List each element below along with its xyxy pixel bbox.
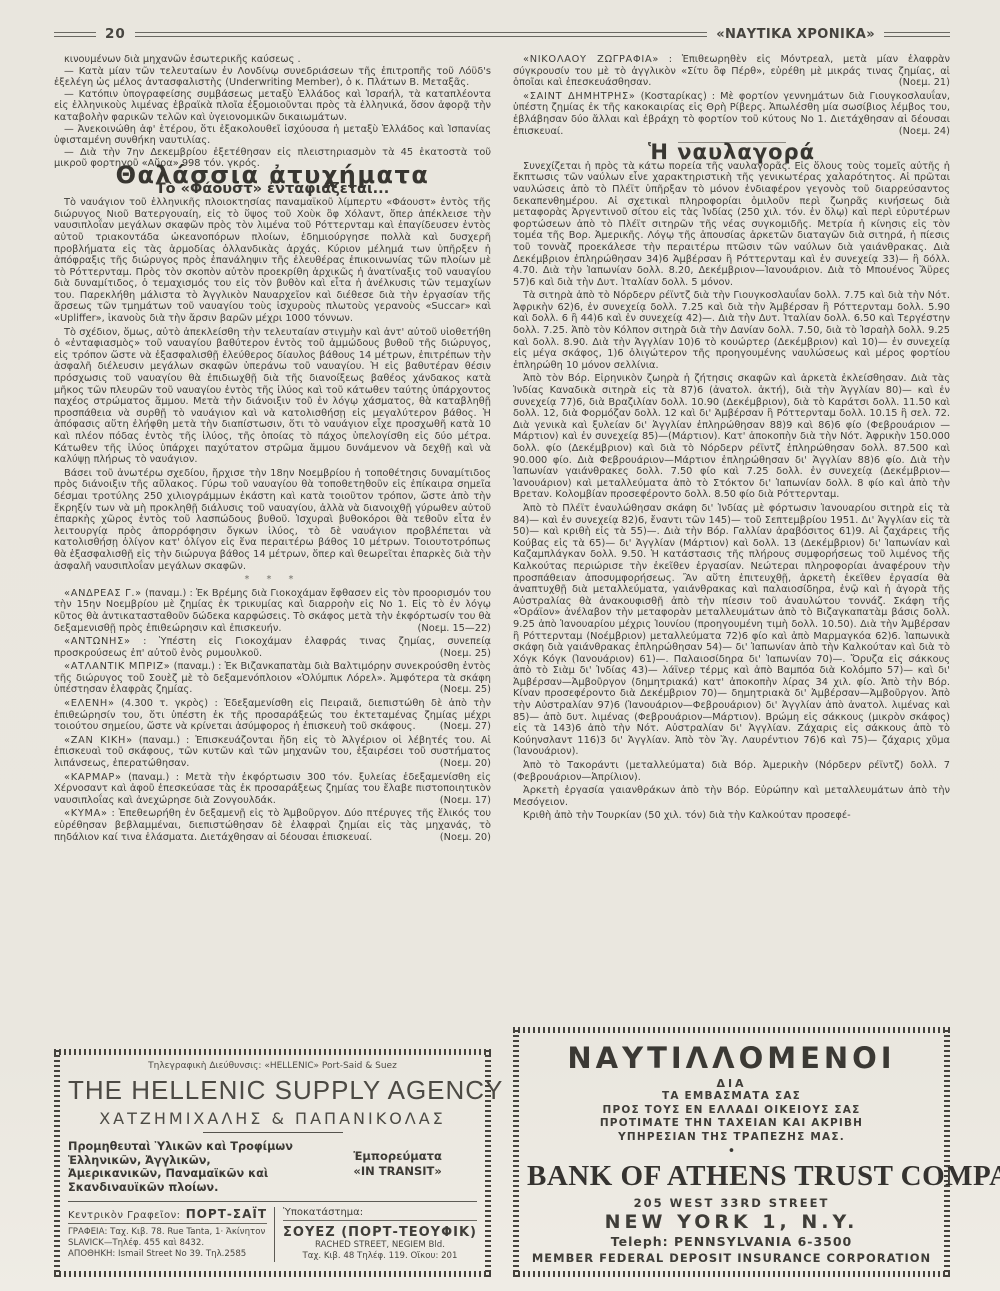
market-paragraph: Ἀπὸ τὸ Τακοράντι (μεταλλεύματα) διὰ Βόρ.… (513, 760, 950, 783)
agency-title: THE HELLENIC SUPPLY AGENCY (68, 1075, 477, 1106)
ship-name: «ΑΝΤΩΝΗΣ» (64, 636, 131, 647)
ship-meta: (παναμ.) : (128, 772, 179, 783)
branch-city: ΣΟΥΕΖ (ΠΟΡΤ-ΤΕΟΥΦΙΚ) (283, 1225, 477, 1240)
ad-line: ΤΑ ΕΜΒΑΣΜΑΤΑ ΣΑΣ (527, 1090, 936, 1104)
in-transit-note: Ἐμπορεύματα «IN TRANSIT» (318, 1140, 477, 1179)
ship-report: «ΝΙΚΟΛΑΟΥ ΖΩΓΡΑΦΙΑ» : Ἐπιθεωρηθὲν εἰς Μό… (513, 54, 950, 89)
ship-name: «ΑΤΛΑΝΤΙΚ ΜΠΡΙΖ» (64, 661, 170, 672)
head-office-details: ΓΡΑΦΕΙΑ: Ταχ. Κιβ. 78. Rue Tanta, 1· Ἀκί… (68, 1227, 267, 1248)
left-column-text: κινουμένων διὰ μηχανῶν ἐσωτερικῆς καύσεω… (54, 54, 491, 1049)
ship-name: «ΣΑΙΝΤ ΔΗΜΗΤΡΗΣ» (523, 91, 636, 102)
section-separator: * * * (54, 574, 491, 586)
news-brief: — Κατὰ μίαν τῶν τελευταίων ἐν Λονδίνῳ συ… (54, 66, 491, 89)
market-paragraph: Τὰ σιτηρὰ ἀπὸ τὸ Νόρδερν ρέϊντζ διὰ τὴν … (513, 290, 950, 371)
ship-name: «ΚΥΜΑ» (64, 808, 108, 819)
ad-line: ΥΠΗΡΕΣΙΑΝ ΤΗΣ ΤΡΑΠΕΖΗΣ ΜΑΣ. (527, 1131, 936, 1145)
branch-block: Ὑποκατάστημα: ΣΟΥΕΖ (ΠΟΡΤ-ΤΕΟΥΦΙΚ) RACHE… (275, 1207, 477, 1261)
market-paragraph: Συνεχίζεται ἡ πρὸς τὰ κάτω πορεία τῆς να… (513, 161, 950, 289)
ship-report: «ΕΛΕΝΗ» (4.300 τ. γκρὸς) : Ἐδεξαμενίσθη … (54, 698, 491, 733)
hatched-border (54, 1049, 491, 1055)
bank-telephone: Teleph: PENNSYLVANIA 6-3500 (527, 1234, 936, 1249)
ship-meta: : (669, 54, 672, 65)
report-date: (Νοεμ. 20) (422, 832, 491, 844)
bank-name: BANK OF ATHENS TRUST COMPANY (527, 1160, 936, 1193)
ship-meta: (παναμ.) : (139, 735, 190, 746)
report-date: (Νοεμ. 24) (881, 126, 950, 138)
ship-report: «ΑΝΔΡΕΑΣ Γ.» (παναμ.) : Ἐκ Βρέμης διὰ Γι… (54, 588, 491, 634)
ad-headline: ΝΑΥΤΙΛΛΟΜΕΝΟΙ (527, 1041, 936, 1075)
agency-addresses: Κεντρικὸν Γραφεῖον: ΠΟΡΤ-ΣΑΪΤ ΓΡΑΦΕΙΑ: Τ… (68, 1201, 477, 1261)
head-office-warehouse: ΑΠΟΘΗΚΗ: Ismail Street No 39. Τηλ.2585 (68, 1249, 267, 1260)
double-rule (54, 32, 96, 37)
ad-line: ΔΙΑ (527, 1077, 936, 1091)
news-brief: κινουμένων διὰ μηχανῶν ἐσωτερικῆς καύσεω… (54, 54, 491, 66)
ship-name: «ΑΝΔΡΕΑΣ Γ.» (64, 588, 142, 599)
hatched-border (513, 1271, 950, 1277)
hatched-border (54, 1271, 491, 1277)
ship-report: «ΚΥΜΑ» : Ἐπεθεωρήθη ἐν δεξαμενῇ εἰς τὸ Ἀ… (54, 808, 491, 843)
ship-meta: (4.300 τ. γκρὸς) : (121, 698, 218, 709)
article-paragraph: Βάσει τοῦ ἀνωτέρω σχεδίου, ἤρχισε τὴν 18… (54, 468, 491, 572)
double-rule (135, 32, 707, 37)
bullet-ornament: • (527, 1146, 936, 1158)
article-paragraph: Τὸ σχέδιον, ὅμως, αὐτὸ ἀπεκλείσθη τὴν τε… (54, 327, 491, 466)
fdic-member-line: MEMBER FEDERAL DEPOSIT INSURANCE CORPORA… (527, 1251, 936, 1265)
report-date: (Νοεμ. 21) (881, 77, 950, 89)
ad-line: ΠΡΟΤΙΜΑΤΕ ΤΗΝ ΤΑΧΕΙΑΝ ΚΑΙ ΑΚΡΙΒΗ (527, 1117, 936, 1131)
ship-report: «ΑΝΤΩΝΗΣ» : Ὑπέστη εἰς Γιοκοχάμαν ἐλαφρά… (54, 636, 491, 659)
bank-street-address: 205 WEST 33RD STREET (527, 1196, 936, 1210)
agency-description: Προμηθευταὶ Ὑλικῶν καὶ Τροφίμων Ἑλληνικῶ… (68, 1140, 306, 1194)
left-column: κινουμένων διὰ μηχανῶν ἐσωτερικῆς καύσεω… (54, 54, 491, 1277)
branch-contact: Ταχ. Κιβ. 48 Τηλέφ. 119. Οἴκου: 201 (283, 1251, 477, 1262)
ship-meta: : (143, 636, 146, 647)
bank-of-athens-ad: ΝΑΥΤΙΛΛΟΜΕΝΟΙ ΔΙΑ ΤΑ ΕΜΒΑΣΜΑΤΑ ΣΑΣ ΠΡΟΣ … (513, 1027, 950, 1278)
ship-name: «ΕΛΕΝΗ» (64, 698, 115, 709)
market-paragraph: Κριθὴ ἀπὸ τὴν Τουρκίαν (50 χιλ. τόν) διὰ… (513, 810, 950, 822)
ship-name: «ΖΑΝ ΚΙΚΗ» (64, 735, 133, 746)
ship-name: «ΚΑΡΜΑΡ» (64, 772, 122, 783)
agency-description-row: Προμηθευταὶ Ὑλικῶν καὶ Τροφίμων Ἑλληνικῶ… (68, 1140, 477, 1194)
rule (203, 1132, 343, 1133)
report-date: (Νοεμ. 20) (422, 758, 491, 770)
head-office-label: Κεντρικὸν Γραφεῖον: (68, 1210, 181, 1221)
branch-label: Ὑποκατάστημα: (283, 1207, 477, 1221)
transit-line: Ἐμπορεύματα (318, 1149, 477, 1164)
magazine-page: 20 «ΝΑΥΤΙΚΑ ΧΡΟΝΙΚΑ» κινουμένων διὰ μηχα… (0, 0, 1000, 1291)
ship-name: «ΝΙΚΟΛΑΟΥ ΖΩΓΡΑΦΙΑ» (523, 54, 659, 65)
double-rule (884, 32, 950, 37)
news-brief: — Κατόπιν ὑπογραφείσης συμβάσεως μεταξὺ … (54, 89, 491, 124)
report-date: (Νοεμ. 25) (422, 648, 491, 660)
ship-report: «ΚΑΡΜΑΡ» (παναμ.) : Μετὰ τὴν ἐκφόρτωσιν … (54, 772, 491, 807)
hatched-border (513, 1027, 950, 1033)
hatched-border (485, 1049, 491, 1277)
article-paragraph: Τὸ ναυάγιον τοῦ ἑλληνικῆς πλοιοκτησίας π… (54, 197, 491, 325)
masthead-title: «ΝΑΥΤΙΚΑ ΧΡΟΝΙΚΑ» (716, 27, 875, 42)
ship-report: «ΖΑΝ ΚΙΚΗ» (παναμ.) : Ἐπισκευάζονται ἤδη… (54, 735, 491, 770)
report-date: (Νοεμ. 27) (422, 721, 491, 733)
ship-meta: : (112, 808, 115, 819)
right-column-text: «ΝΙΚΟΛΑΟΥ ΖΩΓΡΑΦΙΑ» : Ἐπιθεωρηθὲν εἰς Μό… (513, 54, 950, 1027)
market-section-title: Ἡ ναυλαγορά (513, 147, 950, 159)
ship-meta: (παναμ.) : (145, 588, 193, 599)
ad-line: ΠΡΟΣ ΤΟΥΣ ΕΝ ΕΛΛΑΔΙ ΟΙΚΕΙΟΥΣ ΣΑΣ (527, 1104, 936, 1118)
report-date: (Νοεμ. 17) (422, 795, 491, 807)
two-column-layout: κινουμένων διὰ μηχανῶν ἐσωτερικῆς καύσεω… (54, 54, 950, 1277)
page-header: 20 «ΝΑΥΤΙΚΑ ΧΡΟΝΙΚΑ» (54, 26, 950, 42)
transit-line: «IN TRANSIT» (318, 1164, 477, 1179)
ship-meta: (Κοσταρίκας) : (641, 91, 715, 102)
news-brief: — Ἀνεκοινώθη ἀφ' ἑτέρου, ὅτι ἐξακολουθεῖ… (54, 124, 491, 147)
market-paragraph: Ἀπὸ τὸ Πλέϊτ ἐναυλώθησαν σκάφη δι' Ἰνδία… (513, 503, 950, 758)
hellenic-supply-agency-ad: Τηλεγραφικὴ Διεύθυνσις: «HELLENIC» Port-… (54, 1049, 491, 1277)
ship-report: «ΣΑΙΝΤ ΔΗΜΗΤΡΗΣ» (Κοσταρίκας) : Μὲ φορτί… (513, 91, 950, 137)
branch-street: RACHED STREET, NEGIEM Bld. (283, 1240, 477, 1251)
report-date: (Νοεμ. 15—22) (400, 623, 491, 635)
hatched-border (944, 1027, 950, 1278)
market-paragraph: Ἀρκετὴ ἐργασία γαιανθράκων ἀπὸ τὴν Βόρ. … (513, 785, 950, 808)
ship-report: «ΑΤΛΑΝΤΙΚ ΜΠΡΙΖ» (παναμ.) : Ἐκ Βιζανκαπα… (54, 661, 491, 696)
hatched-border (54, 1049, 60, 1277)
telegraph-address: Τηλεγραφικὴ Διεύθυνσις: «HELLENIC» Port-… (68, 1061, 477, 1071)
bank-city-address: NEW YORK 1, N.Y. (527, 1211, 936, 1233)
head-office-city: ΠΟΡΤ-ΣΑΪΤ (186, 1207, 267, 1221)
page-number: 20 (105, 26, 126, 42)
section-title: Θαλάσσια ἀτυχήματα (54, 170, 491, 182)
market-paragraph: Ἀπὸ τὸν Βόρ. Εἰρηνικὸν ζωηρὰ ἡ ζήτησις σ… (513, 373, 950, 501)
head-office-block: Κεντρικὸν Γραφεῖον: ΠΟΡΤ-ΣΑΪΤ ΓΡΑΦΕΙΑ: Τ… (68, 1207, 275, 1261)
right-column: «ΝΙΚΟΛΑΟΥ ΖΩΓΡΑΦΙΑ» : Ἐπιθεωρηθὲν εἰς Μό… (513, 54, 950, 1277)
hatched-border (513, 1027, 519, 1278)
report-date: (Νοεμ. 25) (422, 684, 491, 696)
news-briefs: κινουμένων διὰ μηχανῶν ἐσωτερικῆς καύσεω… (54, 54, 491, 170)
ship-meta: (παναμ.) : (174, 661, 222, 672)
agency-subtitle: ΧΑΤΖΗΜΙΧΑΛΗΣ & ΠΑΠΑΝΙΚΟΛΑΣ (68, 1109, 477, 1128)
